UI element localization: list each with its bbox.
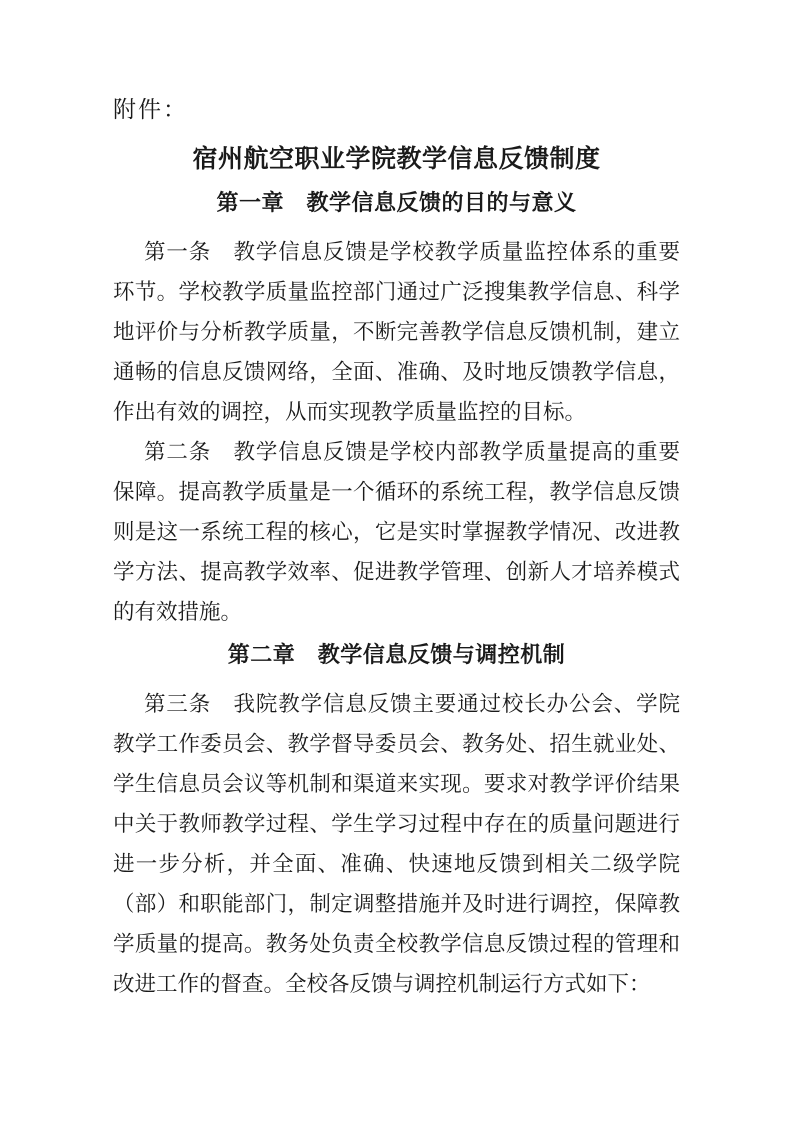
chapter-2-heading: 第二章 教学信息反馈与调控机制 [113,640,680,670]
chapter-1-heading: 第一章 教学信息反馈的目的与意义 [113,188,680,218]
document-title: 宿州航空职业学院教学信息反馈制度 [113,142,680,178]
paragraph-article-2: 第二条 教学信息反馈是学校内部教学质量提高的重要保障。提高教学质量是一个循环的系… [113,432,680,632]
paragraph-article-3: 第三条 我院教学信息反馈主要通过校长办公会、学院教学工作委员会、教学督导委员会、… [113,684,680,1004]
paragraph-article-1: 第一条 教学信息反馈是学校教学质量监控体系的重要环节。学校教学质量监控部门通过广… [113,232,680,432]
document-page: 附件： 宿州航空职业学院教学信息反馈制度 第一章 教学信息反馈的目的与意义 第一… [0,0,793,1122]
attachment-label: 附件： [113,96,680,124]
